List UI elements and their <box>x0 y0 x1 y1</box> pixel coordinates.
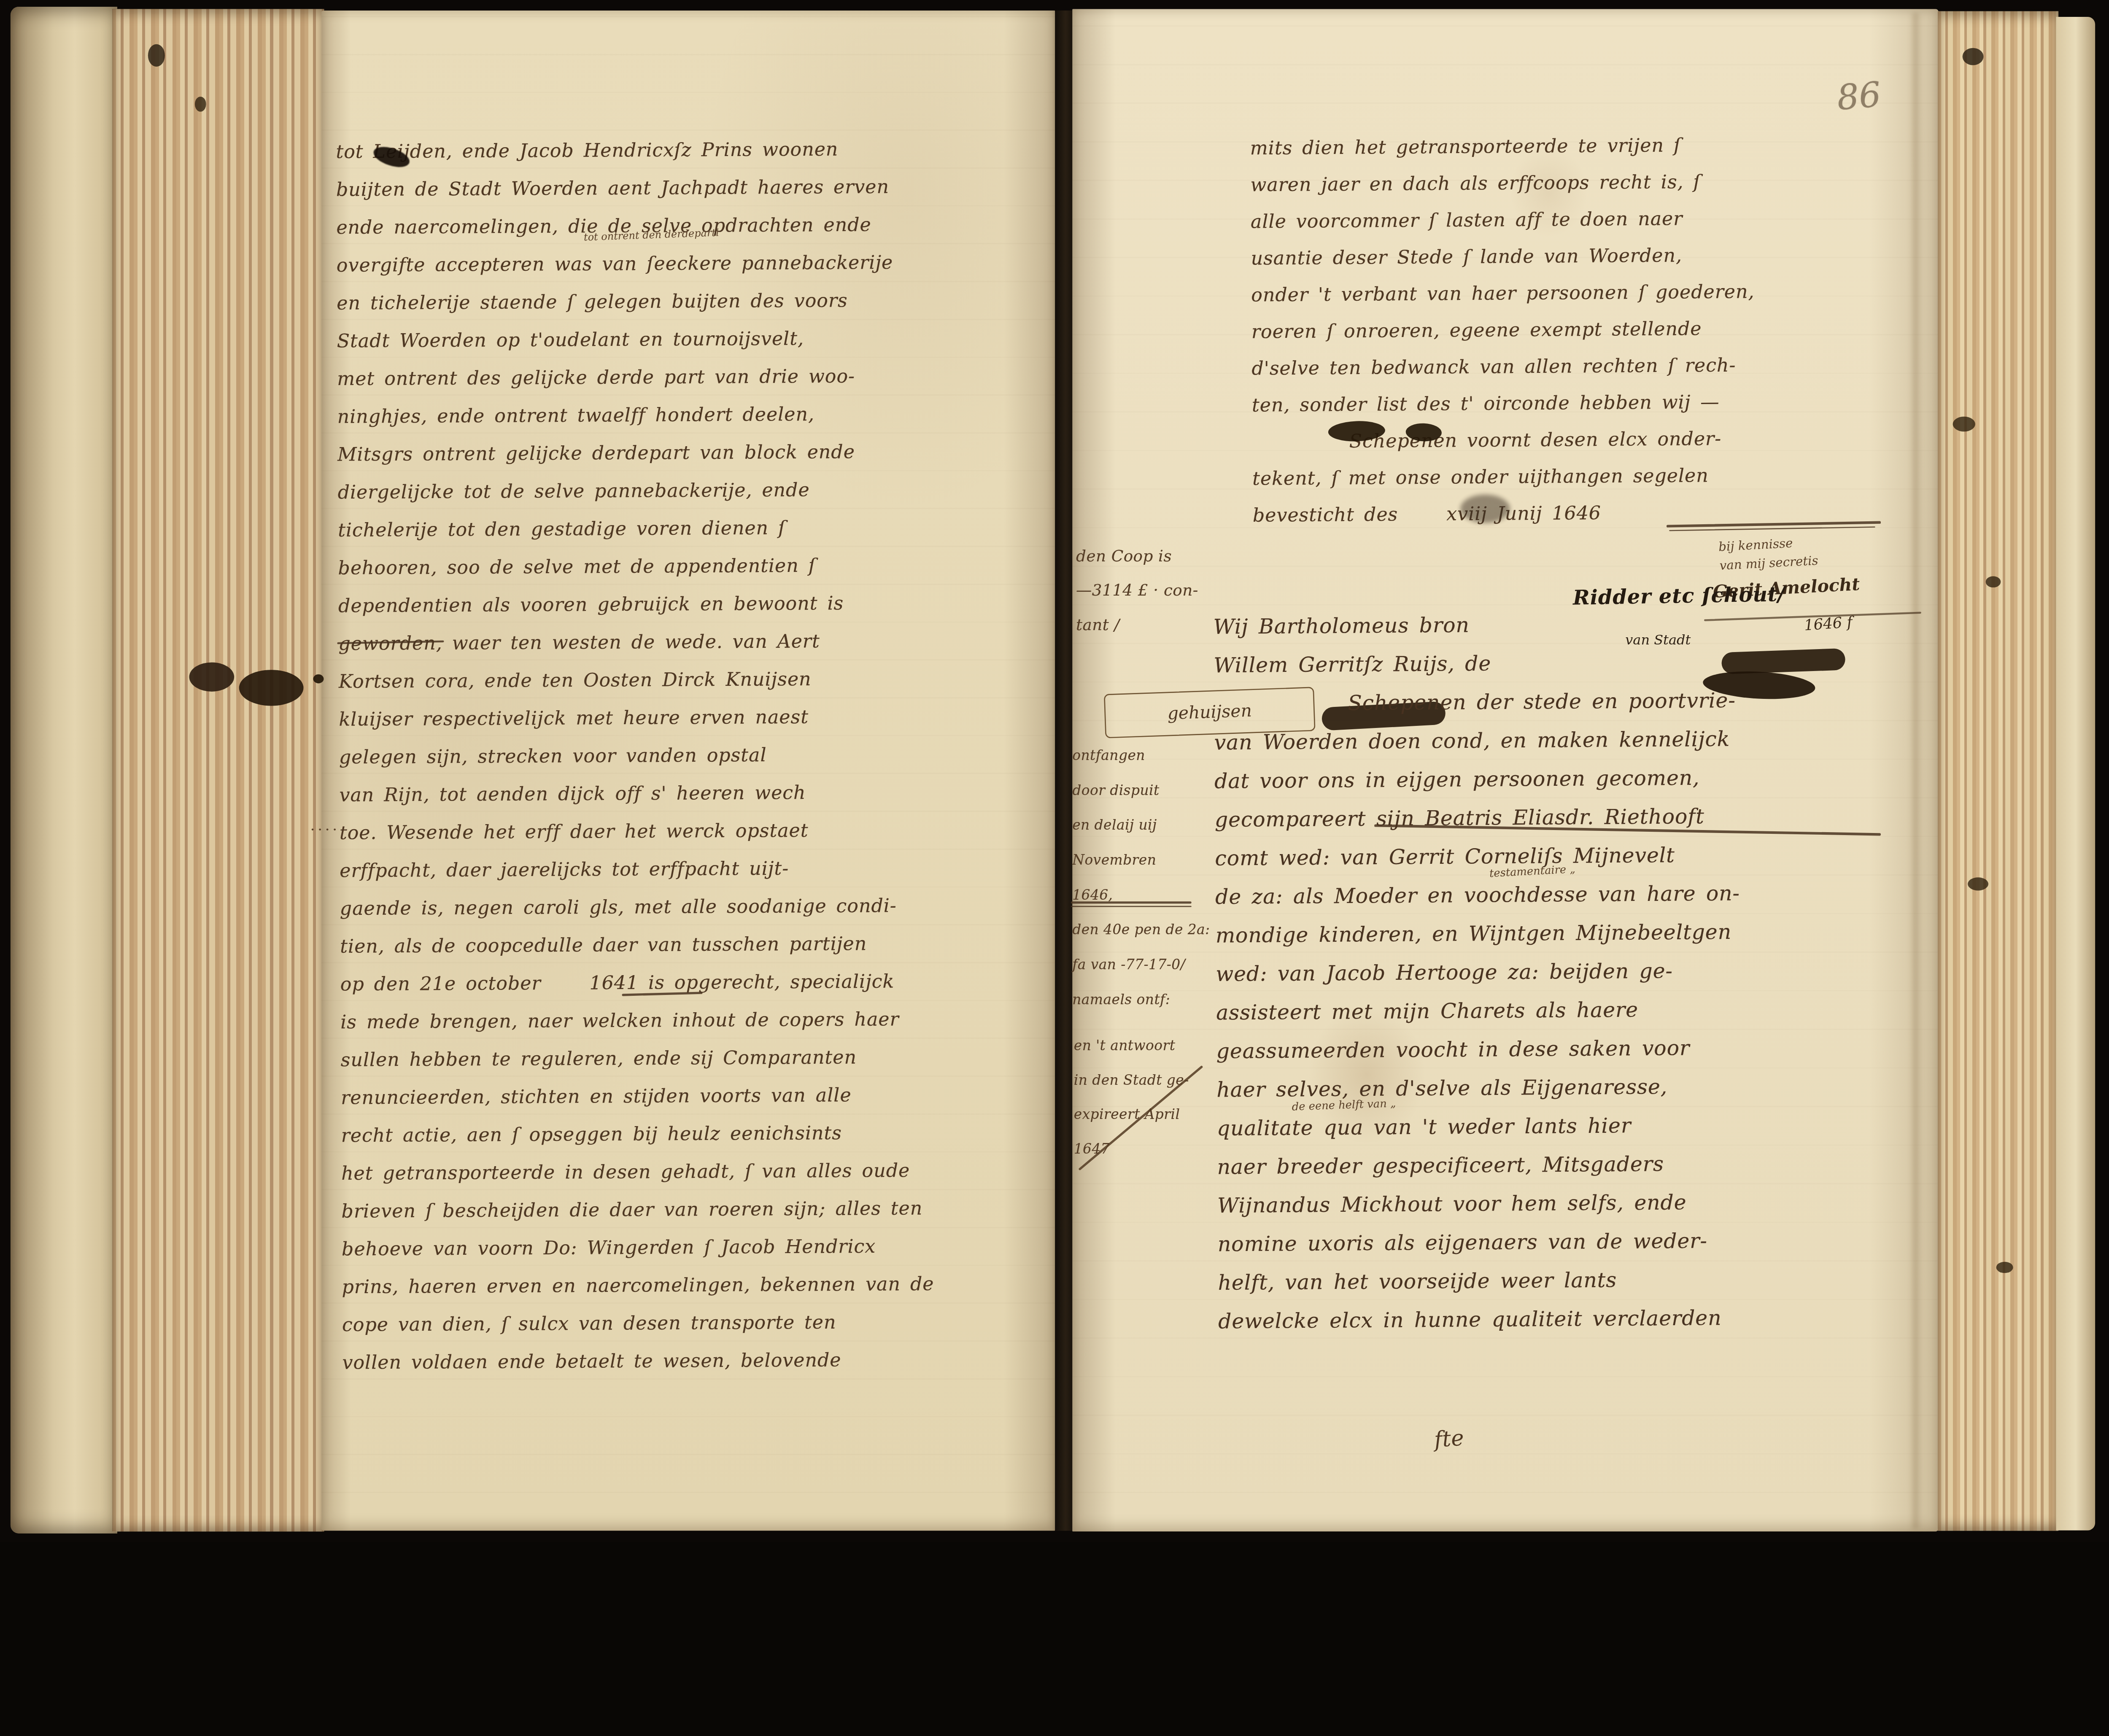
text-line: waren jaer en dach als erffcoops recht i… <box>1250 162 1936 203</box>
text-line: tien, als de coopcedulle daer van tussch… <box>340 924 1050 965</box>
text-line: den 40e pen de 2a: <box>1072 912 1233 947</box>
underline-margin-1646 <box>1071 901 1192 903</box>
text-line: Wijnandus Mickhout voor hem selfs, ende <box>1217 1181 1939 1225</box>
text-line: 1647 <box>1074 1132 1235 1166</box>
edge-ink-spot <box>1953 417 1975 432</box>
edge-ink-spot <box>148 44 165 67</box>
folio-number: 86 <box>1835 74 1882 118</box>
text-line: kluijser respectivelijck met heure erven… <box>339 697 1049 739</box>
text-line: diergelijcke tot de selve pannebackerije… <box>337 470 1048 512</box>
text-line: d'selve ten bedwanck van allen rechten ſ… <box>1251 345 1937 387</box>
text-line: den Coop is <box>1076 539 1233 573</box>
text-line: prins, haeren erven en naercomelingen, b… <box>342 1264 1052 1306</box>
text-line: ninghjes, ende ontrent twaelff hondert d… <box>337 394 1047 436</box>
text-line: recht actie, aen ſ opseggen bij heulz ee… <box>341 1113 1051 1155</box>
text-line: de za: als Moeder en voochdesse van hare… <box>1215 873 1936 916</box>
text-line: usantie deser Stede ſ lande van Woerden, <box>1251 235 1936 276</box>
text-line: naer breeder gespecificeert, Mitsgaders <box>1217 1143 1938 1186</box>
text-line: en tichelerije staende ſ gelegen buijten… <box>337 280 1047 322</box>
text-line: renuncieerden, stichten en stijden voort… <box>341 1075 1051 1117</box>
left-page-text-block: tot Leijden, ende Jacob Hendricxſz Prins… <box>336 129 1052 1382</box>
text-line: toe. Wesende het erff daer het werck ops… <box>340 810 1050 852</box>
text-line: Kortsen cora, ende ten Oosten Dirck Knui… <box>339 659 1049 701</box>
text-line: gelegen sijn, strecken voor vanden opsta… <box>339 735 1049 776</box>
text-line: Novembren <box>1072 843 1233 878</box>
text-line: tekent, ſ met onse onder uijthangen sege… <box>1252 456 1938 497</box>
text-line: is mede brengen, naer welcken inhout de … <box>340 1000 1051 1041</box>
right-page-edge-stack <box>1938 11 2058 1531</box>
text-line: roeren ſ onroeren, egeene exempt stellen… <box>1251 309 1937 350</box>
text-line: buijten de Stadt Woerden aent Jachpadt h… <box>336 167 1046 209</box>
edge-ink-spot <box>1968 877 1988 890</box>
margin-note-price: den Coop is—3114 £ · con-tant / <box>1076 539 1233 642</box>
text-line: en 't antwoort <box>1074 1028 1235 1063</box>
margin-note-receipt: ontfangendoor dispuiten delaij uijNovemb… <box>1072 738 1233 1017</box>
text-line: ten, sonder list des t' oirconde hebben … <box>1252 382 1938 423</box>
catchword-mark: fte <box>1433 1425 1464 1452</box>
text-line: Stadt Woerden op t'oudelant en tournoijs… <box>337 318 1047 360</box>
parchment-cover-right <box>2056 17 2095 1531</box>
manuscript-book-scan: 86 tot Leijden, ende Jacob Hendricxſz Pr… <box>0 0 2109 1542</box>
underline-margin-1646-2 <box>1071 906 1192 907</box>
text-line: van Rijn, tot aenden dijck off s' heeren… <box>339 773 1049 814</box>
text-line: geassumeerden voocht in dese saken voor <box>1216 1027 1937 1070</box>
right-paragraph-2: Wij Bartholomeus bronWillem Gerritſz Rui… <box>1213 603 1939 1341</box>
text-line: tichelerije tot den gestadige voren dien… <box>338 508 1048 550</box>
text-line: het getransporteerde in desen gehadt, ſ … <box>341 1151 1052 1193</box>
edge-ink-spot <box>1996 1262 2013 1273</box>
text-line: overgifte accepteren was van ſeeckere pa… <box>337 243 1047 285</box>
text-line: Schepenen der stede en poortvrie- <box>1214 680 1935 723</box>
text-line: brieven ſ bescheijden die daer van roere… <box>341 1189 1052 1230</box>
text-line: sullen hebben te reguleren, ende sij Com… <box>340 1038 1051 1079</box>
edge-ink-spot <box>1963 48 1984 65</box>
text-line: nomine uxoris als eijgenaers van de wede… <box>1218 1220 1939 1263</box>
text-line: onder 't verbant van haer persoonen ſ go… <box>1251 272 1937 313</box>
left-margin-dots: ···· <box>310 821 340 838</box>
text-line: Mitsgrs ontrent gelijcke derdepart van b… <box>337 432 1048 474</box>
text-line: 1646, <box>1072 877 1233 912</box>
text-line: namaels ontf: <box>1072 982 1233 1017</box>
right-paragraph-1: mits dien het getransporteerde te vrijen… <box>1250 125 1938 534</box>
text-line: behoeve van voorn Do: Wingerden ſ Jacob … <box>342 1227 1052 1268</box>
text-line: geworden, waer ten westen de wede. van A… <box>338 621 1049 663</box>
text-line: vollen voldaen ende betaelt te wesen, be… <box>342 1340 1052 1382</box>
text-line: fa van -77-17-0/ <box>1072 947 1233 982</box>
text-line: gaende is, negen caroli gls, met alle so… <box>340 886 1050 928</box>
text-line: mondige kinderen, en Wijntgen Mijnebeelt… <box>1215 911 1936 954</box>
text-line: ende naercomelingen, die de selve opdrac… <box>336 205 1046 247</box>
text-line: Wij Bartholomeus bron <box>1213 603 1934 646</box>
text-line: tot Leijden, ende Jacob Hendricxſz Prins… <box>336 129 1046 171</box>
text-line: expireert April <box>1074 1097 1235 1132</box>
text-line: —3114 £ · con- <box>1076 573 1233 608</box>
left-page-edge-stack <box>112 9 324 1531</box>
text-line: cope van dien, ſ sulcx van desen transpo… <box>342 1302 1052 1344</box>
text-line: ontfangen <box>1072 738 1233 773</box>
text-line: behooren, soo de selve met de appendenti… <box>338 545 1048 587</box>
ink-blot <box>189 662 235 691</box>
text-line: Willem Gerritſz Ruijs, de <box>1214 641 1935 685</box>
edge-ink-spot <box>195 97 206 112</box>
text-line: dat voor ons in eijgen persoonen gecomen… <box>1214 757 1936 801</box>
ink-blot <box>239 670 304 706</box>
text-line: van Woerden doen cond, en maken kennelij… <box>1214 718 1935 762</box>
text-line: dependentien als vooren gebruijck en bew… <box>338 583 1049 625</box>
text-line: mits dien het getransporteerde te vrijen… <box>1250 125 1936 166</box>
text-line: wed: van Jacob Hertooge za: beijden ge- <box>1216 950 1937 993</box>
text-line: in den Stadt ge- <box>1074 1063 1235 1097</box>
text-line: en delaij uij <box>1072 808 1233 843</box>
ink-smudge <box>1460 494 1510 523</box>
secretary-attestation: bij kennissevan mij secretis <box>1718 532 1819 575</box>
margin-note-answer: en 't antwoortin den Stadt ge-expireert … <box>1074 1028 1235 1166</box>
text-line: tant / <box>1076 608 1233 642</box>
text-line: helft, van het voorseijde weer lants <box>1218 1259 1939 1302</box>
text-line: op den 21e october 1641 is opgerecht, sp… <box>340 962 1050 1003</box>
edge-ink-spot <box>1986 576 2001 588</box>
text-line: erffpacht, daer jaerelijcks tot erffpach… <box>340 848 1050 890</box>
text-line: dewelcke elcx in hunne qualiteit verclae… <box>1218 1297 1939 1340</box>
ink-dot <box>313 674 324 683</box>
parchment-cover-left <box>11 7 117 1534</box>
text-line: comt wed: van Gerrit Corneliſs Mijnevelt <box>1215 834 1936 878</box>
text-line: door dispuit <box>1072 773 1233 808</box>
text-line: alle voorcommer ſ lasten aff te doen nae… <box>1251 198 1936 240</box>
text-line: met ontrent des gelijcke derde part van … <box>337 356 1047 398</box>
text-line: assisteert met mijn Charets als haere <box>1216 988 1937 1032</box>
